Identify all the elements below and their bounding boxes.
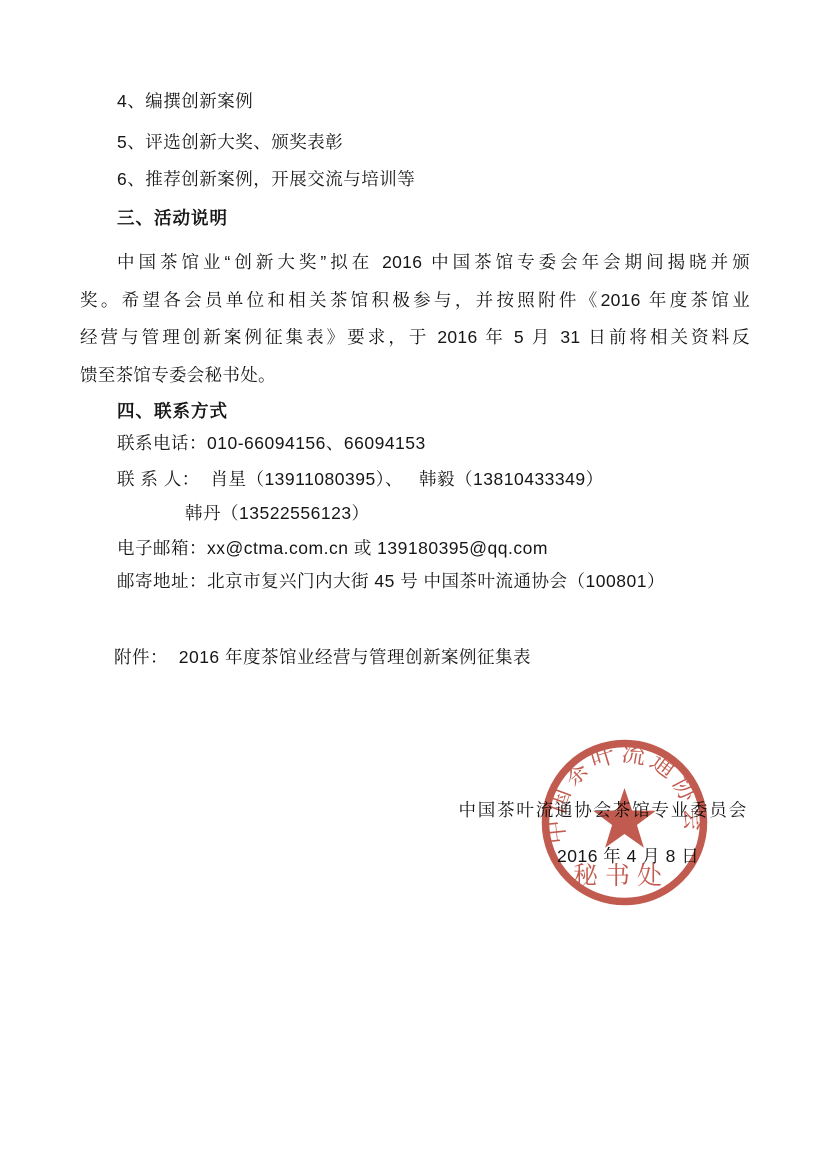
activity-paragraph: 中国茶馆业“创新大奖”拟在 2016 中国茶馆专委会年会期间揭晓并颁 奖。希望各… [80,244,750,394]
contact-address-line: 邮寄地址：北京市复兴门内大街 45 号 中国茶叶流通协会（100801） [117,570,665,592]
list-item-6: 6、推荐创新案例，开展交流与培训等 [117,168,415,190]
document-page: 4、编撰创新案例 5、评选创新大奖、颁奖表彰 6、推荐创新案例，开展交流与培训等… [0,0,827,1169]
contact-person-line2: 韩丹（13522556123） [185,502,370,524]
contact-phone-line: 联系电话：010-66094156、66094153 [117,432,426,454]
official-seal: 中国茶叶流通协会 秘书处 [539,737,710,908]
star-icon [593,788,656,848]
paragraph-line: 馈至茶馆专委会秘书处。 [80,357,750,395]
section-heading-contact: 四、联系方式 [117,400,228,422]
list-item-5: 5、评选创新大奖、颁奖表彰 [117,131,343,153]
section-heading-activity: 三、活动说明 [117,207,228,229]
paragraph-line: 经营与管理创新案例征集表》要求，于 2016 年 5 月 31 日前将相关资料反 [80,319,750,357]
list-item-4: 4、编撰创新案例 [117,90,253,112]
paragraph-line: 中国茶馆业“创新大奖”拟在 2016 中国茶馆专委会年会期间揭晓并颁 [80,244,750,282]
contact-persons-line: 联 系 人： 肖星（13911080395）、 韩毅（13810433349） [117,468,604,490]
seal-bottom-text: 秘书处 [573,862,669,890]
attachment-line: 附件： 2016 年度茶馆业经营与管理创新案例征集表 [114,646,531,668]
paragraph-line: 奖。希望各会员单位和相关茶馆积极参与，并按照附件《2016 年度茶馆业 [80,282,750,320]
contact-email-line: 电子邮箱：xx@ctma.com.cn 或 139180395@qq.com [117,537,548,559]
